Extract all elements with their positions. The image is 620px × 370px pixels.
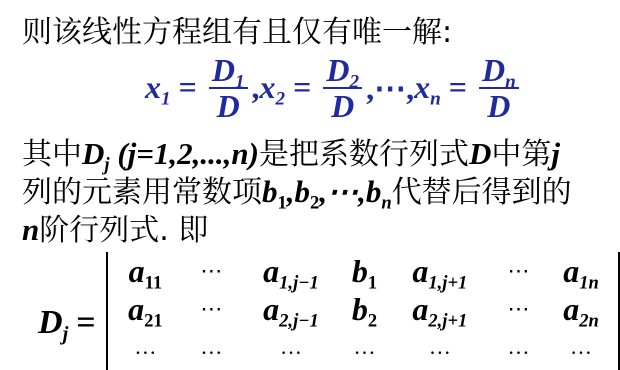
separator: ,⋯,	[366, 69, 414, 107]
separator: ,	[252, 69, 260, 106]
intro-line: 则该线性方程组有且仅有唯一解:	[22, 14, 452, 51]
equals-sign: =	[449, 69, 467, 106]
determinant-matrix: a11 ⋯ a1,j−1 b1 a1,j+1 ⋯ a1n a21 ⋯ a2,j−…	[106, 252, 620, 370]
matrix-table: a11 ⋯ a1,j−1 b1 a1,j+1 ⋯ a1n a21 ⋯ a2,j−…	[112, 252, 614, 366]
solution-formula: x1 = D1 D , x2 = D2 D ,⋯, xn = Dn D	[145, 50, 523, 125]
determinant-formula: Dj= a11 ⋯ a1,j−1 b1 a1,j+1 ⋯ a1n a21 ⋯ a…	[38, 252, 620, 370]
para-line-3: n阶行列式. 即	[22, 212, 208, 249]
var-x2: x2	[260, 69, 286, 106]
det-lhs: Dj=	[38, 304, 96, 342]
matrix-row-3: … … … … … … …	[112, 328, 614, 366]
matrix-row-1: a11 ⋯ a1,j−1 b1 a1,j+1 ⋯ a1n	[112, 252, 614, 290]
equals-sign: =	[179, 69, 197, 106]
intro-text: 则该线性方程组有且仅有唯一解:	[22, 15, 452, 50]
var-xn: xn	[414, 69, 441, 106]
var-x1: x1	[145, 69, 171, 106]
equals-sign: =	[293, 69, 311, 106]
matrix-row-2: a21 ⋯ a2,j−1 b2 a2,j+1 ⋯ a2n	[112, 290, 614, 328]
fraction-1: D1 D	[209, 53, 248, 123]
para-line-2: 列的元素用常数项b1,b2,⋯,bn代替后得到的	[22, 174, 572, 211]
para-line-1: 其中Dj (j=1,2,...,n)是把系数行列式D中第j	[22, 136, 560, 173]
fraction-2: D2 D	[323, 53, 362, 123]
fraction-n: Dn D	[479, 53, 519, 123]
